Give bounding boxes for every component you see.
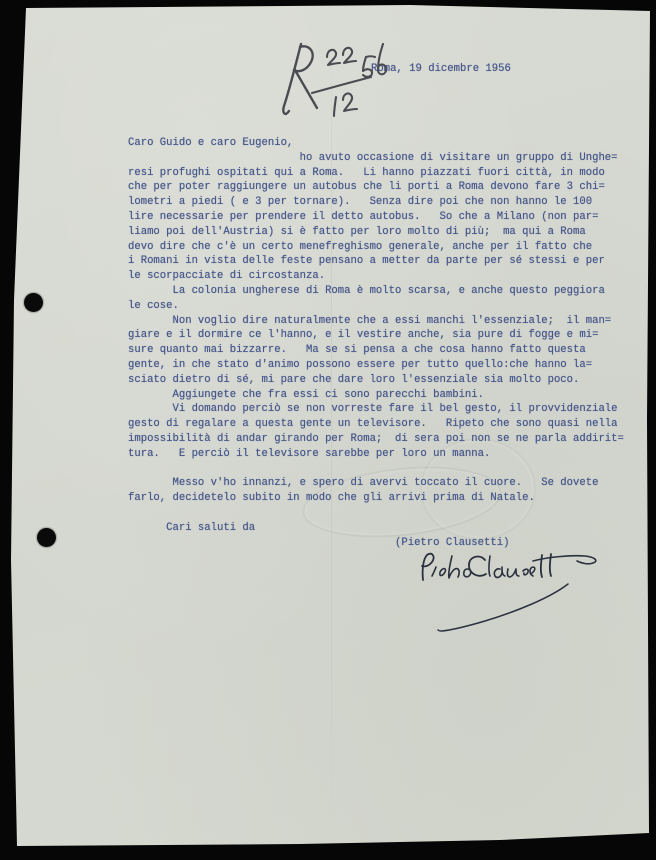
letter-body: Caro Guido e caro Eugenio, ho avuto occa… bbox=[128, 136, 624, 550]
punch-hole-top bbox=[24, 293, 43, 312]
letter-paper: Roma, 19 dicembre 1956 Caro Guido e caro… bbox=[0, 0, 656, 860]
punch-hole-bottom bbox=[37, 528, 56, 547]
date-line: Roma, 19 dicembre 1956 bbox=[371, 63, 511, 75]
scan-background: Roma, 19 dicembre 1956 Caro Guido e caro… bbox=[0, 0, 656, 860]
